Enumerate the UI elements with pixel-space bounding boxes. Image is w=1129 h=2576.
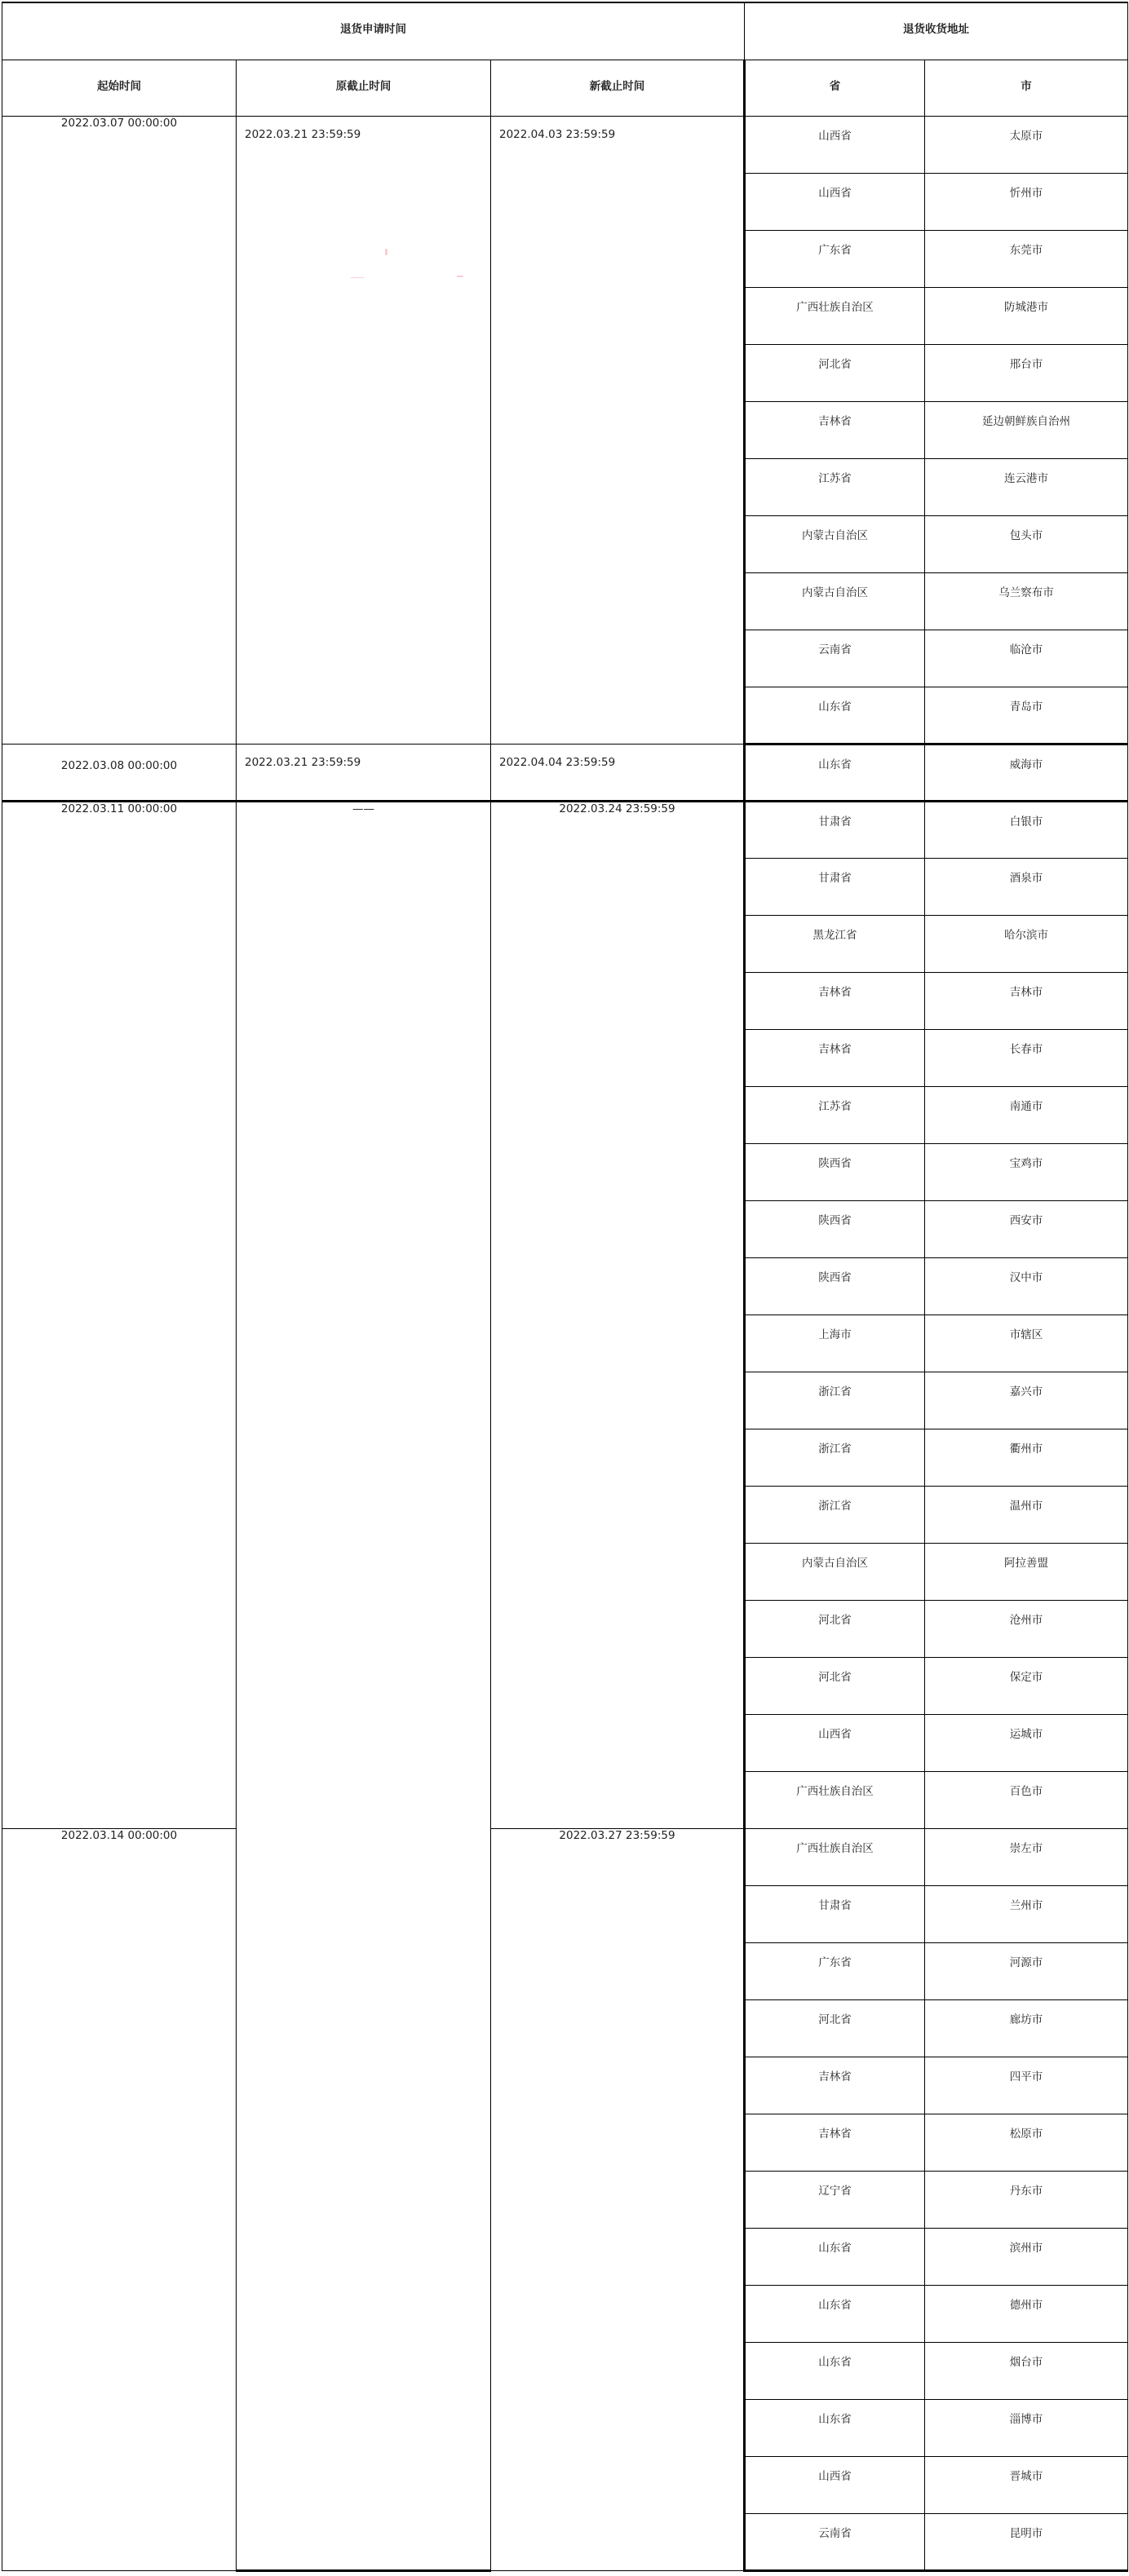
province-cell: 山西省 <box>745 2456 925 2513</box>
start-time-value: 2022.03.11 00:00:00 <box>61 802 177 815</box>
city-cell: 河源市 <box>925 1942 1128 1999</box>
city-value: 酒泉市 <box>925 859 1127 885</box>
city-value: 温州市 <box>925 1487 1127 1513</box>
province-value: 山东省 <box>746 2286 924 2312</box>
province-value: 内蒙古自治区 <box>746 573 924 599</box>
province-value: 山东省 <box>746 687 924 714</box>
province-cell: 山东省 <box>745 2342 925 2399</box>
city-value: 邢台市 <box>925 345 1127 371</box>
province-value: 山东省 <box>746 745 924 771</box>
province-cell: 云南省 <box>745 630 925 687</box>
table-row: 2022.03.11 00:00:00——2022.03.24 23:59:59… <box>2 801 1128 858</box>
city-value: 阿拉善盟 <box>925 1544 1127 1570</box>
province-value: 云南省 <box>746 630 924 656</box>
city-value: 长春市 <box>925 1030 1127 1056</box>
province-value: 陕西省 <box>746 1201 924 1227</box>
city-value: 哈尔滨市 <box>925 916 1127 942</box>
province-cell: 山西省 <box>745 173 925 230</box>
province-value: 辽宁省 <box>746 2172 924 2198</box>
new-deadline-cell: 2022.03.24 23:59:59 <box>491 801 745 1828</box>
province-cell: 山西省 <box>745 116 925 173</box>
province-cell: 广西壮族自治区 <box>745 287 925 344</box>
city-cell: 昆明市 <box>925 2513 1128 2570</box>
province-value: 山西省 <box>746 174 924 200</box>
orig-deadline-cell: 2022.03.21 23:59:59 <box>237 744 491 801</box>
table-row: 2022.03.14 00:00:002022.03.27 23:59:59广西… <box>2 1828 1128 1885</box>
city-cell: 衢州市 <box>925 1429 1128 1486</box>
start-time-cell: 2022.03.07 00:00:00 <box>2 116 237 744</box>
province-value: 吉林省 <box>746 1030 924 1056</box>
city-value: 南通市 <box>925 1087 1127 1113</box>
city-cell: 宝鸡市 <box>925 1143 1128 1200</box>
province-value: 浙江省 <box>746 1487 924 1513</box>
city-cell: 阿拉善盟 <box>925 1543 1128 1600</box>
province-value: 上海市 <box>746 1315 924 1341</box>
header-orig-deadline: 原截止时间 <box>237 60 491 116</box>
orig-deadline-cell-merged: —— <box>237 801 491 2570</box>
city-value: 运城市 <box>925 1715 1127 1741</box>
city-value: 嘉兴市 <box>925 1372 1127 1398</box>
province-value: 广东省 <box>746 1943 924 1969</box>
city-cell: 临沧市 <box>925 630 1128 687</box>
city-value: 滨州市 <box>925 2229 1127 2255</box>
city-cell: 德州市 <box>925 2285 1128 2342</box>
city-cell: 市辖区 <box>925 1315 1128 1372</box>
city-cell: 乌兰察布市 <box>925 572 1128 630</box>
city-value: 河源市 <box>925 1943 1127 1969</box>
city-cell: 吉林市 <box>925 972 1128 1029</box>
province-cell: 山东省 <box>745 2285 925 2342</box>
new-deadline-value: 2022.04.04 23:59:59 <box>499 756 615 769</box>
table-row: 2022.03.08 00:00:002022.03.21 23:59:5920… <box>2 744 1128 801</box>
city-cell: 松原市 <box>925 2114 1128 2171</box>
city-cell: 温州市 <box>925 1486 1128 1543</box>
province-cell: 河北省 <box>745 1657 925 1714</box>
province-value: 内蒙古自治区 <box>746 516 924 542</box>
province-cell: 浙江省 <box>745 1372 925 1429</box>
province-value: 吉林省 <box>746 2114 924 2141</box>
province-value: 广东省 <box>746 231 924 257</box>
header-return-address: 退货收货地址 <box>745 2 1128 60</box>
city-value: 太原市 <box>925 117 1127 143</box>
province-cell: 云南省 <box>745 2513 925 2570</box>
start-time-value: 2022.03.08 00:00:00 <box>61 759 177 772</box>
new-deadline-value: 2022.03.24 23:59:59 <box>559 802 675 815</box>
city-value: 市辖区 <box>925 1315 1127 1341</box>
province-cell: 山东省 <box>745 687 925 744</box>
province-cell: 甘肃省 <box>745 801 925 858</box>
city-value: 四平市 <box>925 2057 1127 2083</box>
city-value: 百色市 <box>925 1772 1127 1798</box>
province-cell: 吉林省 <box>745 401 925 458</box>
city-value: 忻州市 <box>925 174 1127 200</box>
province-value: 山东省 <box>746 2343 924 2369</box>
province-value: 山东省 <box>746 2229 924 2255</box>
city-value: 东莞市 <box>925 231 1127 257</box>
city-cell: 忻州市 <box>925 173 1128 230</box>
province-value: 云南省 <box>746 2514 924 2540</box>
header-city: 市 <box>925 60 1128 116</box>
province-cell: 黑龙江省 <box>745 915 925 972</box>
province-cell: 上海市 <box>745 1315 925 1372</box>
new-deadline-cell: 2022.04.04 23:59:59 <box>491 744 745 801</box>
province-value: 甘肃省 <box>746 1886 924 1912</box>
city-cell: 威海市 <box>925 744 1128 801</box>
header-province: 省 <box>745 60 925 116</box>
city-value: 丹东市 <box>925 2172 1127 2198</box>
province-cell: 甘肃省 <box>745 1885 925 1942</box>
province-cell: 甘肃省 <box>745 858 925 915</box>
province-cell: 广西壮族自治区 <box>745 1828 925 1885</box>
city-value: 延边朝鲜族自治州 <box>925 402 1127 428</box>
province-value: 广西壮族自治区 <box>746 1772 924 1798</box>
province-value: 山西省 <box>746 117 924 143</box>
city-cell: 酒泉市 <box>925 858 1128 915</box>
city-value: 保定市 <box>925 1658 1127 1684</box>
city-cell: 东莞市 <box>925 230 1128 287</box>
province-value: 山东省 <box>746 2400 924 2426</box>
city-cell: 丹东市 <box>925 2171 1128 2228</box>
province-cell: 江苏省 <box>745 458 925 515</box>
new-deadline-cell: 2022.04.03 23:59:59 <box>491 116 745 744</box>
city-cell: 白银市 <box>925 801 1128 858</box>
province-value: 甘肃省 <box>746 859 924 885</box>
province-cell: 浙江省 <box>745 1429 925 1486</box>
orig-deadline-cell: 2022.03.21 23:59:59 <box>237 116 491 744</box>
table-row: 2022.03.07 00:00:002022.03.21 23:59:5920… <box>2 116 1128 173</box>
city-cell: 青岛市 <box>925 687 1128 744</box>
city-cell: 防城港市 <box>925 287 1128 344</box>
city-cell: 延边朝鲜族自治州 <box>925 401 1128 458</box>
province-cell: 辽宁省 <box>745 2171 925 2228</box>
city-cell: 滨州市 <box>925 2228 1128 2285</box>
city-value: 连云港市 <box>925 459 1127 485</box>
city-value: 防城港市 <box>925 288 1127 314</box>
city-cell: 四平市 <box>925 2057 1128 2114</box>
city-value: 昆明市 <box>925 2514 1127 2540</box>
city-value: 兰州市 <box>925 1886 1127 1912</box>
city-cell: 嘉兴市 <box>925 1372 1128 1429</box>
city-cell: 崇左市 <box>925 1828 1128 1885</box>
city-value: 衢州市 <box>925 1429 1127 1456</box>
city-cell: 长春市 <box>925 1029 1128 1086</box>
city-value: 沧州市 <box>925 1601 1127 1627</box>
orig-deadline-value: 2022.03.21 23:59:59 <box>245 756 361 769</box>
city-cell: 沧州市 <box>925 1600 1128 1657</box>
province-value: 陕西省 <box>746 1144 924 1170</box>
header-row-columns: 起始时间 原截止时间 新截止时间 省 市 <box>2 60 1128 116</box>
city-cell: 运城市 <box>925 1714 1128 1771</box>
province-value: 江苏省 <box>746 1087 924 1113</box>
province-cell: 吉林省 <box>745 2057 925 2114</box>
city-value: 白银市 <box>925 802 1127 828</box>
city-cell: 包头市 <box>925 515 1128 572</box>
city-cell: 廊坊市 <box>925 1999 1128 2057</box>
city-cell: 邢台市 <box>925 344 1128 401</box>
province-value: 山西省 <box>746 1715 924 1741</box>
province-cell: 河北省 <box>745 1600 925 1657</box>
table-body: 2022.03.07 00:00:002022.03.21 23:59:5920… <box>2 116 1128 2570</box>
province-cell: 广东省 <box>745 1942 925 1999</box>
city-value: 宝鸡市 <box>925 1144 1127 1170</box>
city-value: 晋城市 <box>925 2457 1127 2483</box>
city-cell: 兰州市 <box>925 1885 1128 1942</box>
province-value: 吉林省 <box>746 402 924 428</box>
province-value: 甘肃省 <box>746 802 924 828</box>
city-cell: 太原市 <box>925 116 1128 173</box>
province-cell: 陕西省 <box>745 1143 925 1200</box>
province-value: 黑龙江省 <box>746 916 924 942</box>
city-value: 临沧市 <box>925 630 1127 656</box>
province-cell: 陕西省 <box>745 1257 925 1315</box>
province-cell: 内蒙古自治区 <box>745 572 925 630</box>
province-cell: 广东省 <box>745 230 925 287</box>
city-value: 廊坊市 <box>925 2000 1127 2026</box>
province-value: 江苏省 <box>746 459 924 485</box>
header-return-application-time: 退货申请时间 <box>2 2 745 60</box>
province-cell: 吉林省 <box>745 1029 925 1086</box>
province-value: 河北省 <box>746 345 924 371</box>
province-cell: 内蒙古自治区 <box>745 515 925 572</box>
province-value: 陕西省 <box>746 1258 924 1284</box>
city-value: 松原市 <box>925 2114 1127 2141</box>
province-value: 吉林省 <box>746 2057 924 2083</box>
province-value: 广西壮族自治区 <box>746 288 924 314</box>
city-cell: 哈尔滨市 <box>925 915 1128 972</box>
province-cell: 内蒙古自治区 <box>745 1543 925 1600</box>
city-value: 烟台市 <box>925 2343 1127 2369</box>
province-cell: 陕西省 <box>745 1200 925 1257</box>
city-cell: 南通市 <box>925 1086 1128 1143</box>
orig-deadline-dash: —— <box>352 802 374 815</box>
province-cell: 河北省 <box>745 344 925 401</box>
city-cell: 淄博市 <box>925 2399 1128 2456</box>
province-value: 内蒙古自治区 <box>746 1544 924 1570</box>
province-value: 吉林省 <box>746 973 924 999</box>
header-row-groups: 退货申请时间 退货收货地址 <box>2 2 1128 60</box>
city-value: 德州市 <box>925 2286 1127 2312</box>
province-cell: 山东省 <box>745 2399 925 2456</box>
city-value: 崇左市 <box>925 1829 1127 1855</box>
province-value: 浙江省 <box>746 1372 924 1398</box>
province-value: 河北省 <box>746 2000 924 2026</box>
city-cell: 烟台市 <box>925 2342 1128 2399</box>
province-cell: 河北省 <box>745 1999 925 2057</box>
province-cell: 山东省 <box>745 2228 925 2285</box>
start-time-cell: 2022.03.14 00:00:00 <box>2 1828 237 2570</box>
province-value: 河北省 <box>746 1601 924 1627</box>
province-cell: 山西省 <box>745 1714 925 1771</box>
city-cell: 西安市 <box>925 1200 1128 1257</box>
new-deadline-value: 2022.04.03 23:59:59 <box>499 128 615 141</box>
city-value: 吉林市 <box>925 973 1127 999</box>
return-schedule-table: 退货申请时间 退货收货地址 起始时间 原截止时间 新截止时间 省 市 2022.… <box>2 2 1128 2572</box>
city-cell: 百色市 <box>925 1771 1128 1828</box>
city-value: 淄博市 <box>925 2400 1127 2426</box>
province-cell: 江苏省 <box>745 1086 925 1143</box>
city-value: 青岛市 <box>925 687 1127 714</box>
start-time-value: 2022.03.07 00:00:00 <box>61 117 177 130</box>
province-cell: 吉林省 <box>745 972 925 1029</box>
province-cell: 广西壮族自治区 <box>745 1771 925 1828</box>
header-new-deadline: 新截止时间 <box>491 60 745 116</box>
city-cell: 保定市 <box>925 1657 1128 1714</box>
new-deadline-cell: 2022.03.27 23:59:59 <box>491 1828 745 2570</box>
city-cell: 晋城市 <box>925 2456 1128 2513</box>
start-time-cell: 2022.03.11 00:00:00 <box>2 801 237 1828</box>
province-cell: 山东省 <box>745 744 925 801</box>
province-value: 河北省 <box>746 1658 924 1684</box>
orig-deadline-value: 2022.03.21 23:59:59 <box>245 128 361 141</box>
city-cell: 连云港市 <box>925 458 1128 515</box>
start-time-cell: 2022.03.08 00:00:00 <box>2 744 237 801</box>
city-value: 西安市 <box>925 1201 1127 1227</box>
province-value: 浙江省 <box>746 1429 924 1456</box>
province-cell: 浙江省 <box>745 1486 925 1543</box>
header-start-time: 起始时间 <box>2 60 237 116</box>
city-value: 汉中市 <box>925 1258 1127 1284</box>
city-value: 威海市 <box>925 745 1127 771</box>
province-value: 山西省 <box>746 2457 924 2483</box>
start-time-value: 2022.03.14 00:00:00 <box>61 1829 177 1842</box>
new-deadline-value: 2022.03.27 23:59:59 <box>559 1829 675 1842</box>
city-value: 乌兰察布市 <box>925 573 1127 599</box>
province-cell: 吉林省 <box>745 2114 925 2171</box>
city-cell: 汉中市 <box>925 1257 1128 1315</box>
province-value: 广西壮族自治区 <box>746 1829 924 1855</box>
city-value: 包头市 <box>925 516 1127 542</box>
